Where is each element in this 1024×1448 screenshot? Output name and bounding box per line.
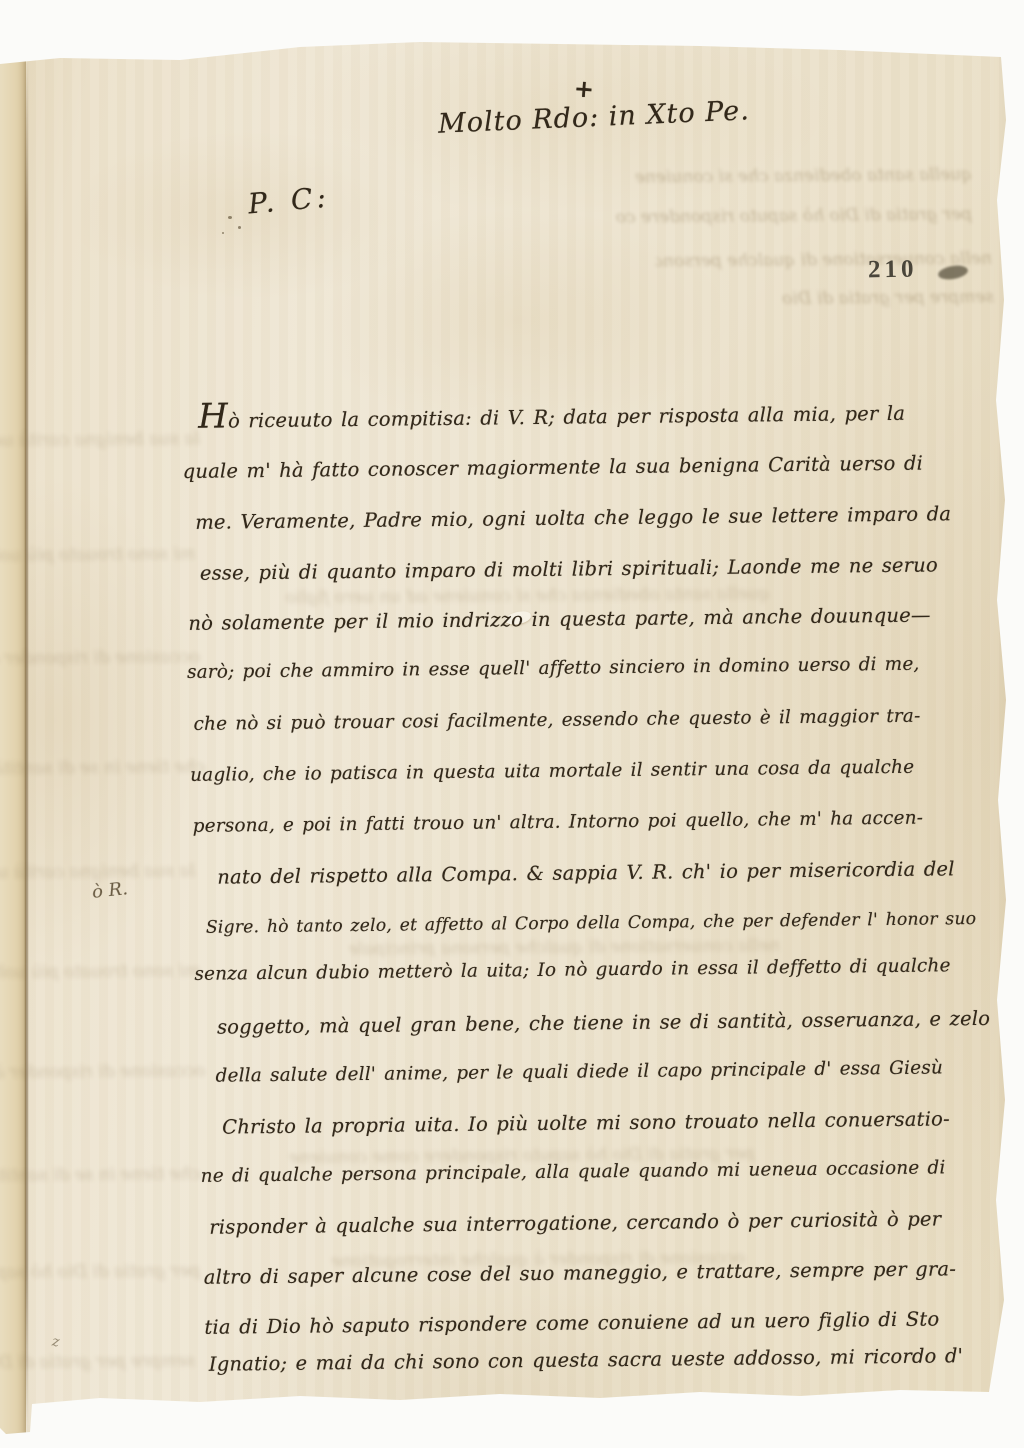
body-line: esse, più di quanto imparo di molti libr…: [200, 553, 938, 584]
body-line: me. Veramente, Padre mio, ogni uolta che…: [195, 502, 951, 534]
page-heading: Molto Rdo: in Xto Pe.: [437, 95, 750, 140]
body-line: uaglio, che io patisca in questa uita mo…: [190, 757, 914, 786]
body-line: altro di saper alcune cose del suo maneg…: [204, 1257, 956, 1289]
body-line: senza alcun dubio metterò la uita; Io nò…: [194, 955, 950, 985]
body-line: Hò riceuuto la compitisa: di V. R; data …: [198, 400, 905, 433]
letter-body: Hò riceuuto la compitisa: di V. R; data …: [180, 399, 951, 1398]
bleedthrough-text: quella santa obedienza che si conuiene a…: [636, 165, 972, 188]
ink-speck: [228, 216, 232, 219]
bleedthrough-text: che tiene in se di santità et osseruanza: [0, 757, 205, 779]
corner-mark: z: [51, 1334, 61, 1351]
cross-mark: +: [573, 73, 595, 103]
bleedthrough-text: sempre per gratia di Dio: [0, 1351, 195, 1373]
body-line: persona, e poi in fatti trouo un' altra.…: [193, 808, 924, 837]
body-line: risponder à qualche sua interrogatione, …: [209, 1207, 941, 1238]
bleedthrough-text: la sua benigna carità uerso di me: [0, 429, 200, 451]
body-line: nato del rispetto alla Compa. & sappia V…: [217, 857, 955, 888]
body-line: ne di qualche persona principale, alla q…: [201, 1157, 946, 1186]
paper-sheet: quella santa obedienza che si conuiene a…: [0, 0, 1024, 1448]
bleedthrough-text: che tiene in se di santità et osseruanza: [0, 1164, 200, 1186]
bleedthrough-text: sempre per gratia di Dio: [778, 287, 994, 309]
body-line: che nò si può trouar cosi facilmente, es…: [193, 706, 920, 735]
bleedthrough-text: la sua benigna carità uerso di me: [0, 861, 195, 883]
ink-speck: [222, 232, 224, 234]
bleedthrough-text: nella conuersatione di qualche persona p…: [656, 249, 992, 272]
body-line: Christo la propria uita. Io più uolte mi…: [222, 1107, 950, 1138]
bleedthrough-text: occasione di risponder à qualche interro…: [0, 1061, 205, 1083]
bleedthrough-text: mi sono trouato più uolte in questa part…: [0, 961, 200, 983]
bleedthrough-text: per gratia di Dio hò saputo rispondere c…: [0, 1261, 200, 1283]
salutation: P. C:: [247, 180, 331, 220]
body-line: della salute dell' anime, per le quali d…: [215, 1057, 943, 1086]
body-line: Sigre. hò tanto zelo, et affetto al Corp…: [206, 909, 977, 938]
bleedthrough-text: mi sono trouato più uolte in questa part…: [0, 544, 195, 566]
body-line: sarò; poi che ammiro in esse quell' affe…: [187, 654, 920, 683]
body-line: nò solamente per il mio indrizzo in ques…: [188, 603, 930, 634]
ink-speck: [238, 226, 241, 229]
page-number-stamp: 210: [868, 256, 918, 285]
marginal-mark: ò R.: [91, 878, 129, 903]
body-line: tia di Dio hò saputo rispondere come con…: [204, 1307, 939, 1338]
fold-crease-line: [25, 60, 28, 1432]
scanned-manuscript-page: quella santa obedienza che si conuiene a…: [0, 0, 1024, 1448]
body-line: soggetto, mà quel gran bene, che tiene i…: [217, 1007, 990, 1039]
bleedthrough-text: per gratia di Dio hò saputo rispondere c…: [616, 204, 972, 227]
bleedthrough-text: occasione di risponder à qualche interro…: [0, 647, 200, 669]
left-fold-strip: [0, 56, 26, 1436]
body-line: quale m' hà fatto conoscer magiormente l…: [183, 452, 924, 483]
body-line: Ignatio; e mai da chi sono con questa sa…: [209, 1344, 964, 1376]
